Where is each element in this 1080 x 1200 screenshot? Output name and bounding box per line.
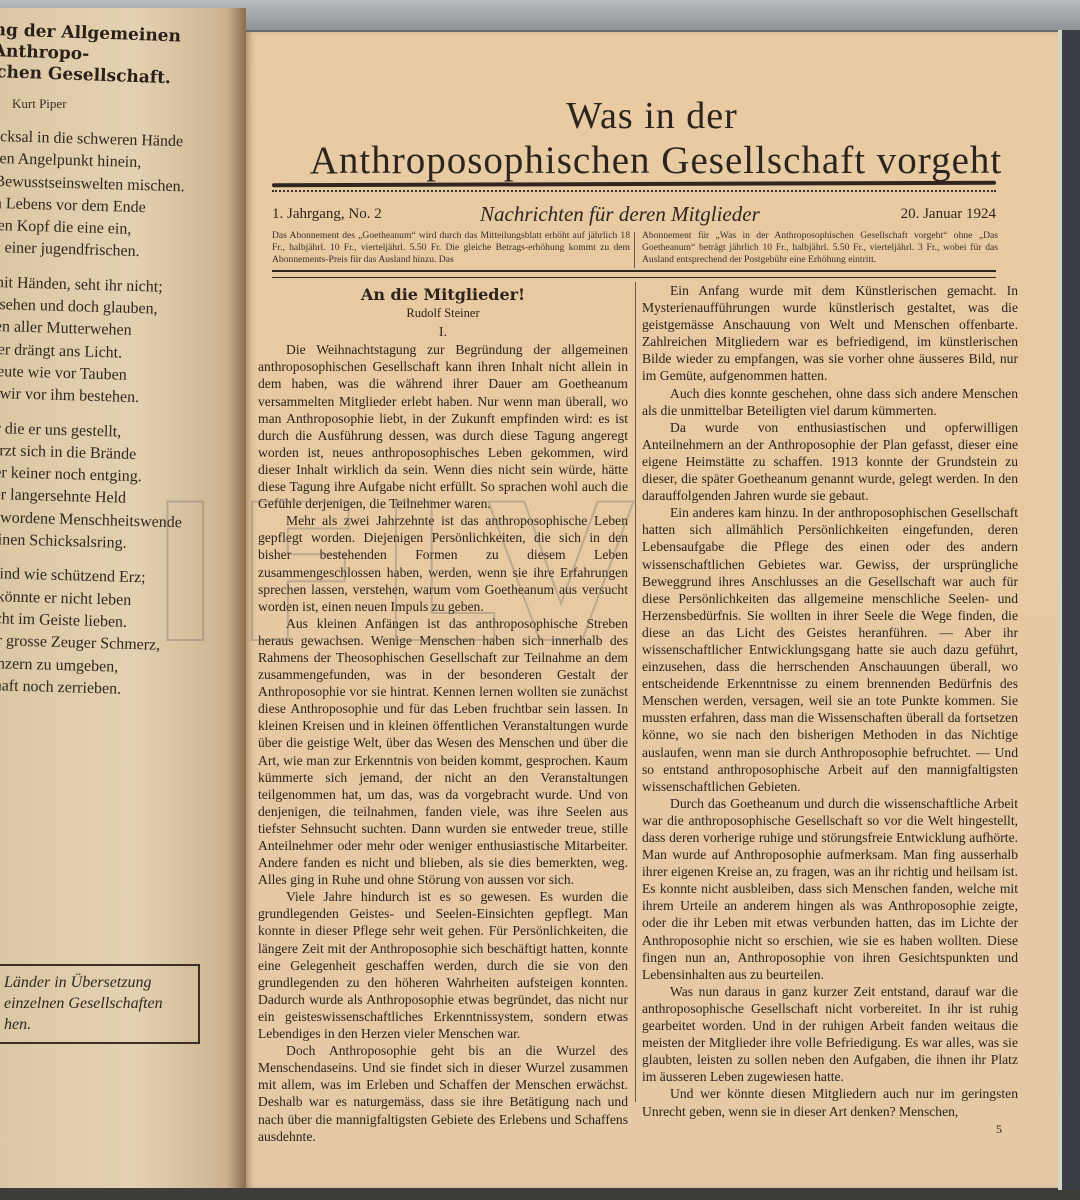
book-cover-edge [1058, 30, 1080, 1190]
subscription-note-right: Abonnement für „Was in der Anthroposophi… [642, 230, 998, 266]
paragraph: Aus kleinen Anfängen ist das anthroposop… [258, 615, 628, 889]
poem-line: e wir vor ihm bestehen. [0, 383, 186, 411]
left-page-title: ng der Allgemeinen Anthropo- chen Gesell… [0, 20, 246, 92]
issue-date: 20. Januar 1924 [901, 206, 996, 223]
poem-line: schaft noch zerrieben. [0, 675, 177, 703]
masthead-dotted-rule [272, 190, 996, 194]
article-column-right: Ein Anfang wurde mit dem Künstlerischen … [642, 282, 1018, 1120]
article-column-left: An die Mitglieder! Rudolf Steiner I. Die… [258, 282, 628, 1145]
paragraph: Ein anderes kam hinzu. In der anthroposo… [642, 504, 1018, 795]
paragraph: Auch dies konnte geschehen, ohne dass si… [642, 385, 1018, 419]
newsletter-page: Was in der Anthroposophischen Gesellscha… [246, 32, 1058, 1188]
masthead-line-1: Was in der [246, 94, 1058, 138]
paragraph: Mehr als zwei Jahrzehnte ist das anthrop… [258, 512, 628, 615]
poem-author: Kurt Piper [12, 96, 67, 112]
paragraph: Durch das Goetheanum und durch die wisse… [642, 795, 1018, 983]
masthead-line-2: Anthroposophischen Gesellschaft vorgeht [276, 138, 1036, 183]
poem: icksal in die schweren Hände len Angelpu… [0, 126, 193, 714]
page-number: 5 [996, 1122, 1002, 1137]
article-author: Rudolf Steiner [258, 305, 628, 322]
translation-notice-box: Länder in Übersetzung einzelnen Gesellsc… [0, 964, 200, 1044]
header-double-rule [272, 270, 996, 278]
volume-number: 1. Jahrgang, No. 2 [272, 206, 382, 223]
paragraph: Doch Anthroposophie geht bis an die Wurz… [258, 1042, 628, 1145]
notice-line: einzelnen Gesellschaften [4, 993, 198, 1014]
poem-stanza: icksal in die schweren Hände len Angelpu… [0, 126, 193, 265]
paragraph: Und wer könnte diesen Mitgliedern auch n… [642, 1085, 1018, 1119]
article-title: An die Mitglieder! [258, 286, 628, 303]
poem-stanza: Feind wie schützend Erz; ft könnte er ni… [0, 563, 181, 702]
poem-stanza: mit Händen, seht ihr nicht; t sehen und … [0, 272, 189, 411]
paragraph: Da wurde von enthusiastischen und opferw… [642, 419, 1018, 504]
paragraph: Was nun daraus in ganz kurzer Zeit entst… [642, 983, 1018, 1086]
notice-line: Länder in Übersetzung [4, 972, 198, 993]
article-section-number: I. [258, 324, 628, 341]
poem-line: n einer jugendfrischen. [0, 237, 190, 265]
paragraph: Die Weihnachtstagung zur Begründung der … [258, 341, 628, 512]
paragraph: Ein Anfang wurde mit dem Künstlerischen … [642, 282, 1018, 385]
notice-line: hen. [4, 1014, 198, 1035]
left-page: ng der Allgemeinen Anthropo- chen Gesell… [0, 8, 246, 1188]
paragraph: Viele Jahre hindurch ist es so gewesen. … [258, 888, 628, 1042]
note-divider [634, 232, 635, 268]
poem-stanza: or die er uns gestellt, türzt sich in di… [0, 417, 185, 556]
issue-info-row: 1. Jahrgang, No. 2 Nachrichten für deren… [272, 202, 996, 230]
column-divider [635, 282, 636, 1102]
newsletter-subtitle: Nachrichten für deren Mitglieder [480, 202, 760, 227]
subscription-note-left: Das Abonnement des „Goetheanum“ wird dur… [272, 230, 630, 266]
